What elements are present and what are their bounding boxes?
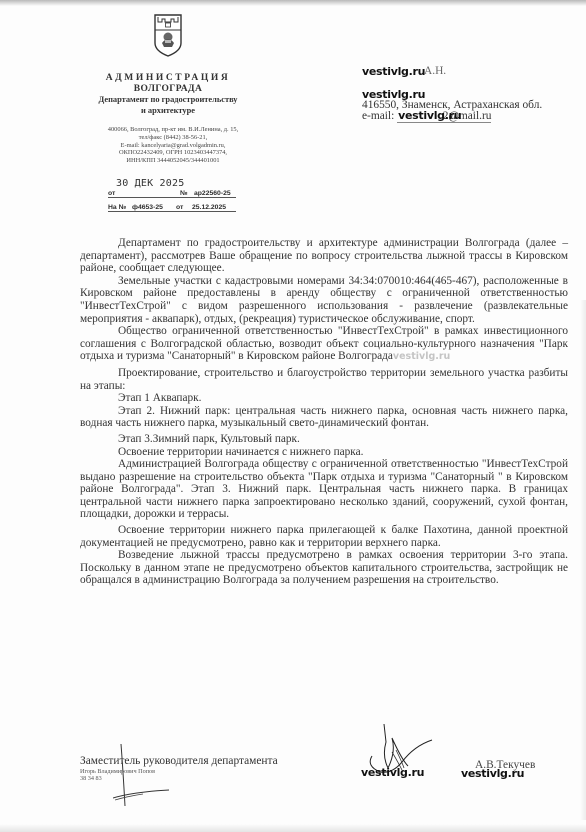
paragraph-intro: Департамент по градостроительству и архи…: [80, 237, 568, 275]
registration-number-line: от№ар22560-25: [108, 190, 236, 198]
signatory-title: Заместитель руководителя департамента: [80, 755, 278, 767]
executor-info: Игорь Владимирович Попов 38 34 83: [80, 768, 155, 783]
contact-phone: тел/факс (8442) 38-56-21,: [80, 134, 266, 142]
org-dept-line2: и архитектуре: [58, 106, 278, 116]
paragraph-stages-intro: Проектирование, строительство и благоуст…: [80, 367, 568, 392]
contact-inn: ИНН/КПП 3444052045/344401001: [80, 157, 266, 165]
scan-bottom-edge: [0, 824, 586, 832]
letter-body: Департамент по градостроительству и архи…: [80, 237, 568, 587]
addressee-block: vestivlg.ru А.Н. vestivlg.ru 416550, Зна…: [362, 66, 586, 123]
paragraph-permit: Администрацией Волгограда обществу с огр…: [80, 458, 568, 521]
reply-reference-line: На №ф4653-25от25.12.2025: [108, 204, 236, 212]
contact-email: E-mail: kancelyaria@grad.volgadmin.ru,: [80, 142, 266, 150]
addressee-email: e-mail: xxxxxxxx2@mail.ru vestivlg.ru: [362, 111, 586, 123]
scan-right-edge: [580, 300, 586, 820]
reply-to-label: На №: [108, 204, 132, 211]
org-city-title: ВОЛГОГРАДА: [58, 84, 278, 94]
reg-from-label: от: [108, 190, 180, 197]
watermark: vestivlg.ru: [362, 65, 425, 78]
paragraph-investor-text: Общество ограниченной ответственностью "…: [80, 325, 568, 362]
paragraph-ski-track: Возведение лыжной трассы предусмотрено в…: [80, 549, 568, 587]
paragraph-stage-3: Этап 3.Зимний парк, Культовый парк.: [80, 433, 568, 446]
org-dept-line1: Департамент по градостроительству: [58, 95, 278, 105]
org-contacts: 400066, Волгоград, пр-кт им. В.И.Ленина,…: [80, 126, 266, 165]
watermark: vestivlg.ru: [393, 351, 450, 362]
reg-no-label: №: [180, 190, 194, 197]
watermark: vestivlg.ru: [398, 110, 461, 121]
reply-to-from-label: от: [176, 204, 192, 211]
reply-to-number: ф4653-25: [132, 204, 176, 211]
paragraph-lower-park: Освоение территории нижнего парка прилег…: [80, 524, 568, 549]
contact-address: 400066, Волгоград, пр-кт им. В.И.Ленина,…: [80, 126, 266, 134]
org-admin-title: АДМИНИСТРАЦИЯ: [58, 73, 278, 83]
reply-to-date: 25.12.2025: [192, 204, 226, 211]
paragraph-stage-2: Этап 2. Нижний парк: центральная часть н…: [80, 405, 568, 430]
reg-number: ар22560-25: [194, 190, 231, 197]
email-label: e-mail:: [362, 110, 394, 122]
paragraph-development-start: Освоение территории начинается с нижнего…: [80, 446, 568, 459]
paragraph-land-plots: Земельные участки с кадастровыми номерам…: [80, 275, 568, 325]
letterhead: АДМИНИСТРАЦИЯ ВОЛГОГРАДА Департамент по …: [58, 10, 278, 116]
contact-okpo: ОКПО22432409, ОГРН 1023403447374,: [80, 149, 266, 157]
paragraph-investor: Общество ограниченной ответственностью "…: [80, 325, 568, 364]
executor-name: Игорь Владимирович Попов: [80, 768, 155, 775]
watermark: vestivlg.ru: [361, 766, 424, 779]
paragraph-stage-1: Этап 1 Аквапарк.: [80, 392, 568, 405]
volgograd-coat-of-arms-icon: [153, 13, 183, 57]
email-value[interactable]: xxxxxxxx2@mail.ru vestivlg.ru: [397, 111, 491, 123]
watermark: vestivlg.ru: [461, 767, 524, 780]
date-stamp: 30 ДЕК 2025: [116, 178, 184, 189]
scan-top-edge: [0, 0, 586, 6]
addressee-name: vestivlg.ru А.Н.: [362, 66, 586, 80]
executor-phone: 38 34 83: [80, 775, 155, 782]
document-page: АДМИНИСТРАЦИЯ ВОЛГОГРАДА Департамент по …: [0, 0, 586, 832]
addressee-initials: А.Н.: [424, 66, 446, 77]
